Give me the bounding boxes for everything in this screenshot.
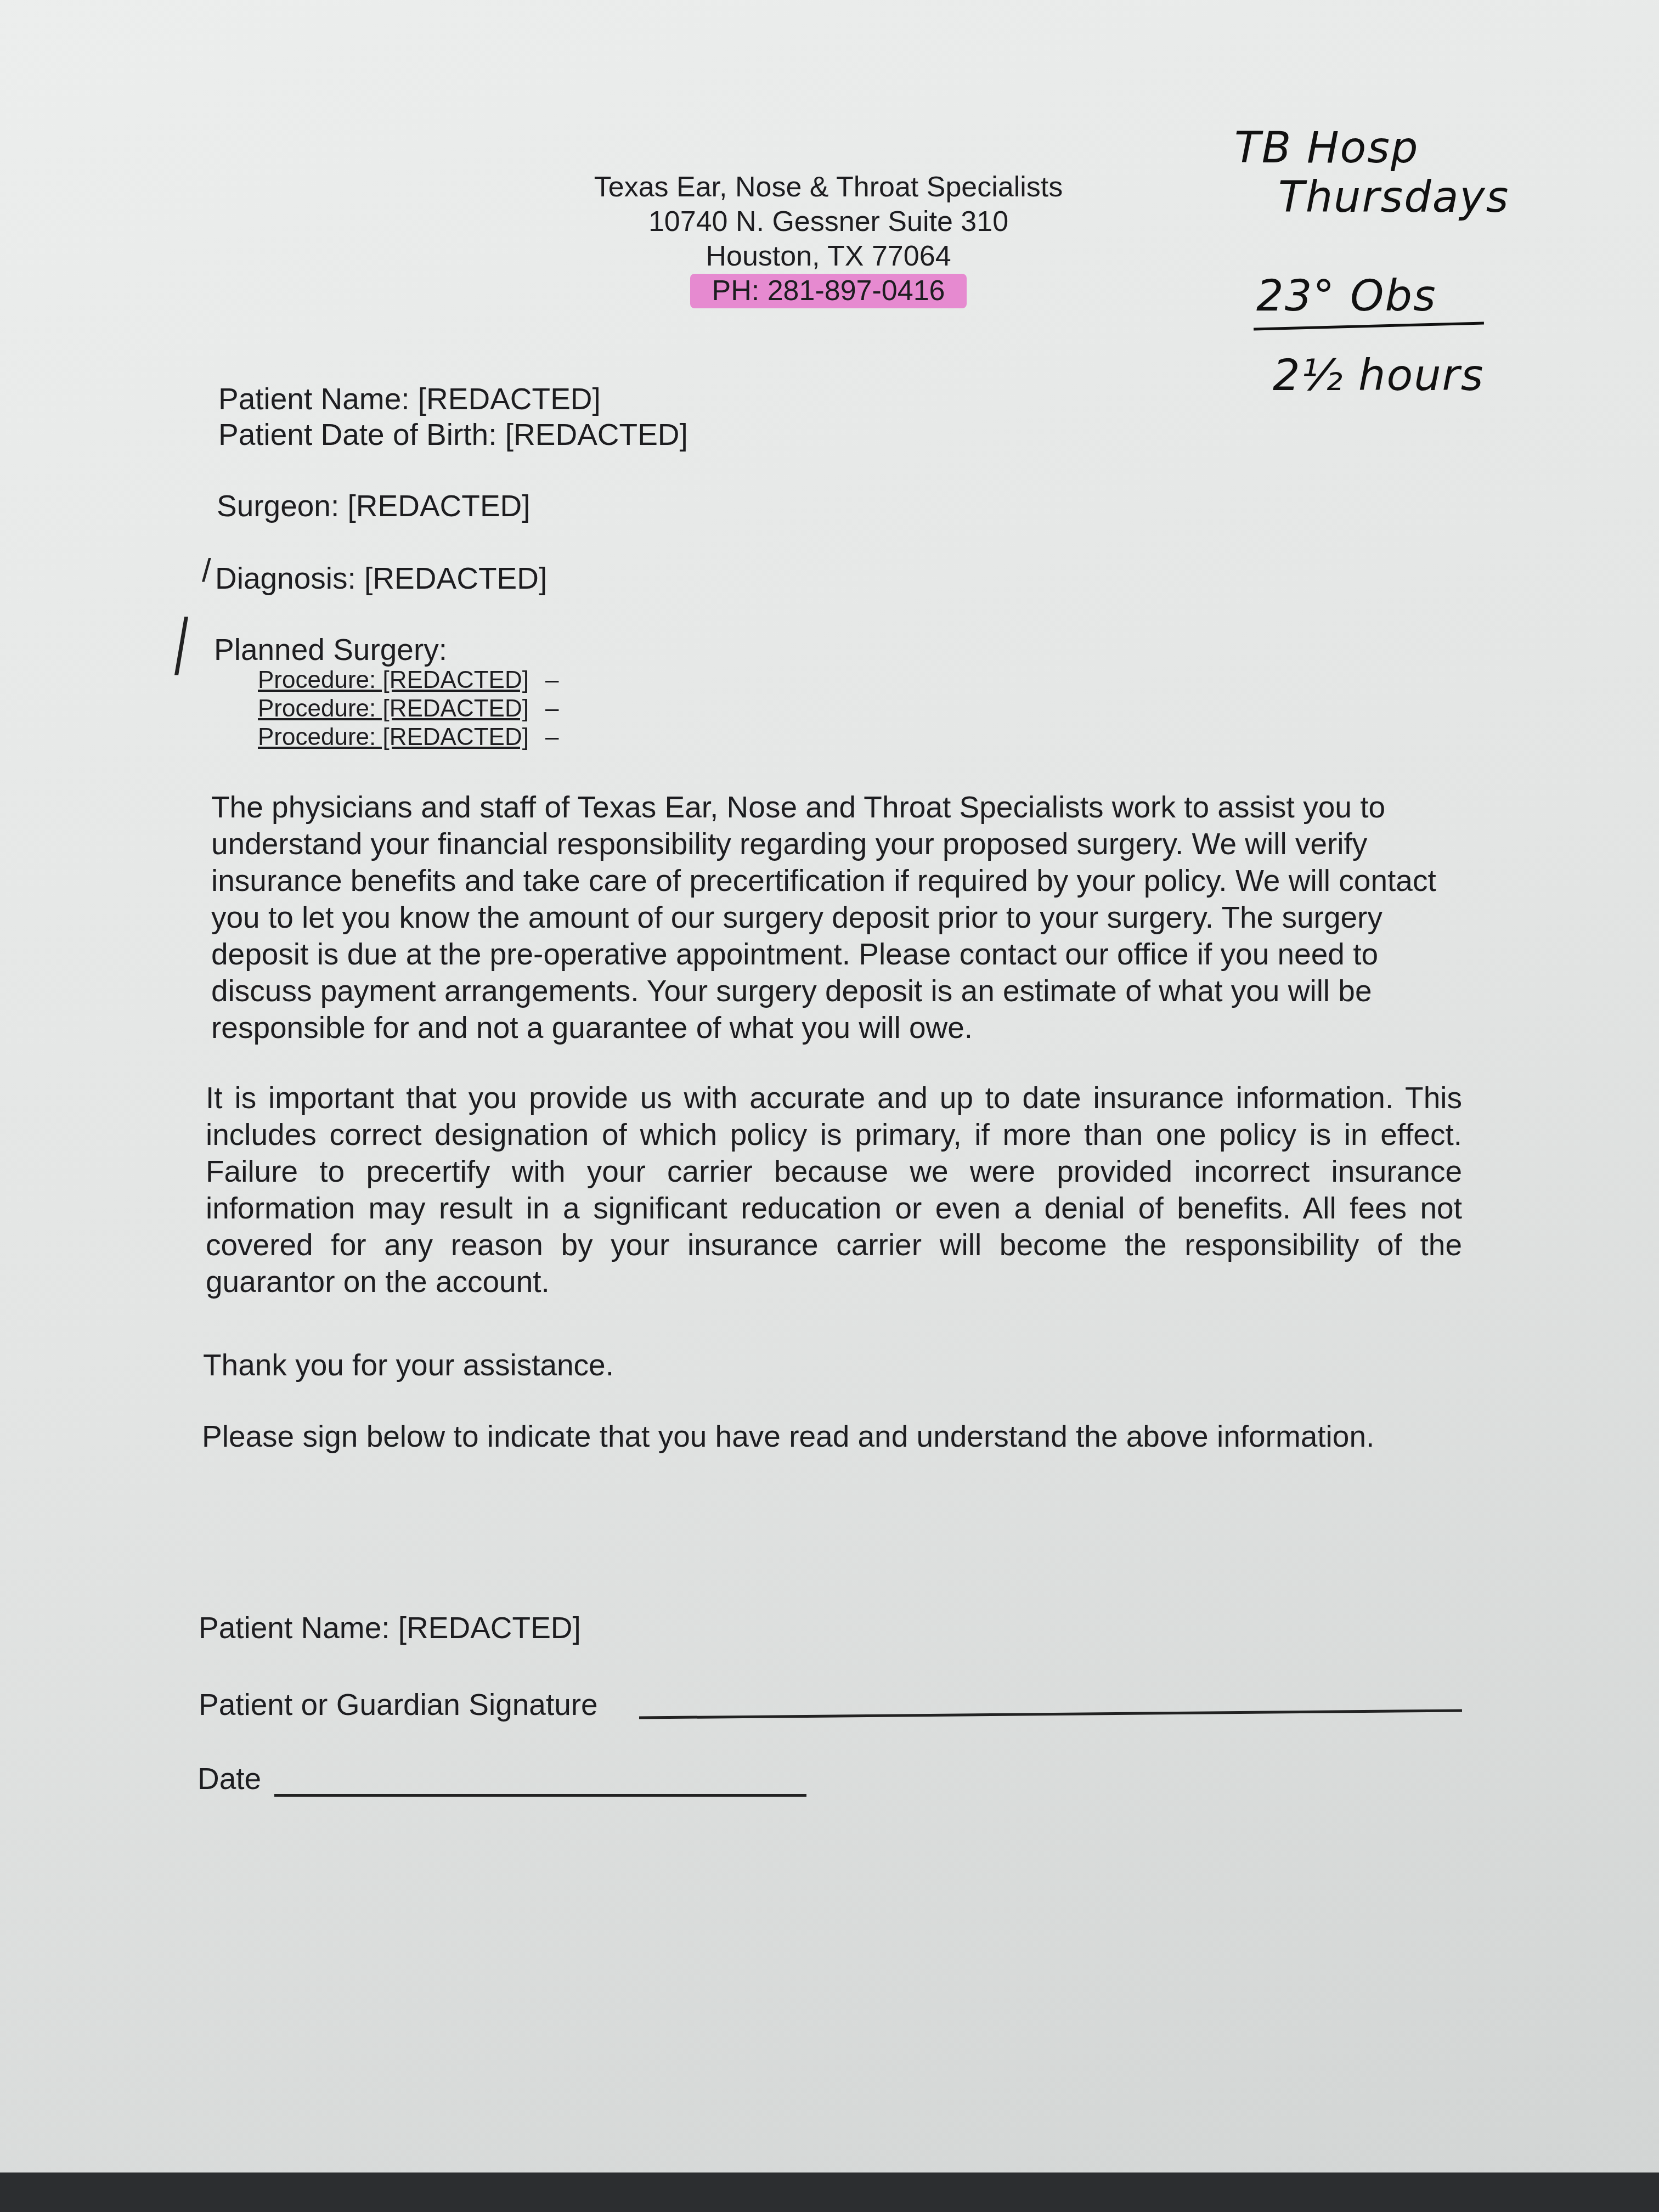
practice-address-line1: 10740 N. Gessner Suite 310: [549, 205, 1108, 239]
handwritten-note-obs: 23° Obs: [1256, 272, 1437, 321]
document-page: Texas Ear, Nose & Throat Specialists 107…: [0, 0, 1659, 2172]
procedure-item: Procedure: [REDACTED]–: [258, 667, 558, 694]
planned-surgery-heading: Planned Surgery:: [214, 632, 447, 667]
surgeon-name: Surgeon: [REDACTED]: [217, 488, 531, 523]
handwritten-divider: [1254, 322, 1484, 331]
insurance-information-paragraph: It is important that you provide us with…: [206, 1080, 1462, 1300]
signature-field[interactable]: [639, 1709, 1462, 1719]
practice-phone-highlighted: PH: 281-897-0416: [690, 274, 967, 308]
date-field[interactable]: [274, 1794, 806, 1797]
sign-instruction-paragraph: Please sign below to indicate that you h…: [202, 1418, 1464, 1455]
date-label: Date: [198, 1761, 261, 1796]
signature-label: Patient or Guardian Signature: [199, 1687, 598, 1722]
patient-dob: Patient Date of Birth: [REDACTED]: [218, 417, 688, 452]
handwritten-note-day: Thursdays: [1278, 173, 1509, 222]
practice-address-line2: Houston, TX 77064: [549, 239, 1108, 274]
procedure-item: Procedure: [REDACTED]–: [258, 695, 558, 723]
thank-you-line: Thank you for your assistance.: [203, 1347, 614, 1384]
handwritten-note-duration: 2½ hours: [1273, 351, 1484, 400]
letterhead: Texas Ear, Nose & Throat Specialists 107…: [549, 170, 1108, 308]
financial-responsibility-paragraph: The physicians and staff of Texas Ear, N…: [211, 789, 1462, 1046]
pen-check-mark: /: [174, 603, 188, 693]
practice-name: Texas Ear, Nose & Throat Specialists: [549, 170, 1108, 205]
diagnosis: Diagnosis: [REDACTED]: [215, 561, 547, 596]
handwritten-note-hospital: TB Hosp: [1234, 123, 1419, 173]
procedure-item: Procedure: [REDACTED]–: [258, 724, 558, 751]
signature-patient-name: Patient Name: [REDACTED]: [199, 1610, 581, 1645]
background-surface: [0, 2172, 1659, 2212]
pen-check-mark: /: [202, 551, 211, 589]
patient-name: Patient Name: [REDACTED]: [218, 381, 601, 416]
